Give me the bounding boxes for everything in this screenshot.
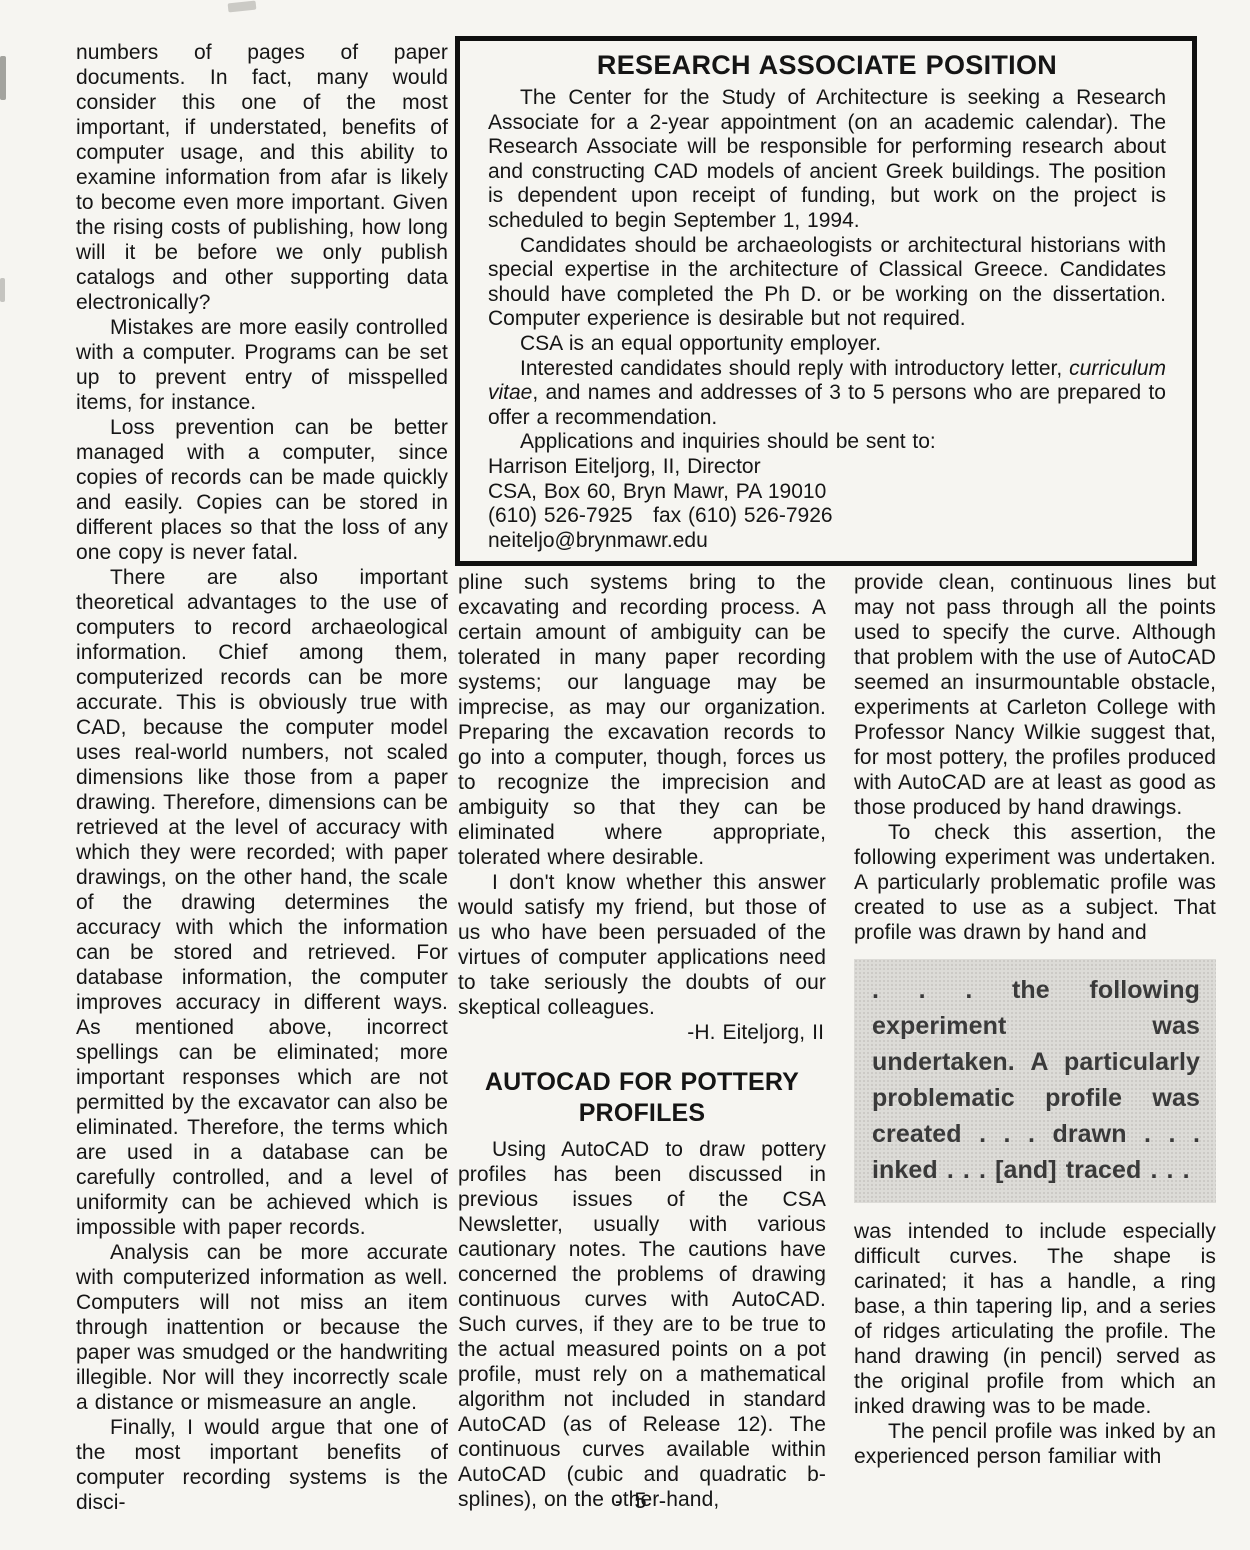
paragraph: The pencil profile was inked by an exper…: [854, 1419, 1216, 1469]
paragraph: was intended to include especially diffi…: [854, 1219, 1216, 1419]
paragraph: To check this assertion, the following e…: [854, 820, 1216, 945]
right-column: provide clean, continuous lines but may …: [854, 570, 1216, 1469]
paragraph-text: Interested candidates should reply with …: [520, 357, 1069, 380]
scan-artifact: [0, 278, 5, 302]
paragraph: Using AutoCAD to draw pottery profiles h…: [458, 1137, 826, 1512]
paragraph: The Center for the Study of Architecture…: [488, 86, 1166, 234]
paragraph: Candidates should be archaeologists or a…: [488, 234, 1166, 332]
page-number: - 5 -: [458, 1488, 826, 1514]
contact-address: CSA, Box 60, Bryn Mawr, PA 19010: [488, 480, 1166, 505]
paragraph: provide clean, continuous lines but may …: [854, 570, 1216, 820]
paragraph: Finally, I would argue that one of the m…: [76, 1415, 448, 1515]
paragraph: I don't know whether this answer would s…: [458, 870, 826, 1020]
contact-name: Harrison Eiteljorg, II, Director: [488, 455, 1166, 480]
paragraph: Interested candidates should reply with …: [488, 357, 1166, 431]
paragraph: Mistakes are more easily controlled with…: [76, 315, 448, 415]
scan-artifact: [228, 1, 257, 13]
pull-quote: . . . the following experiment was under…: [854, 959, 1216, 1203]
contact-email: neiteljo@brynmawr.edu: [488, 529, 1166, 554]
box-title: RESEARCH ASSOCIATE POSITION: [488, 48, 1166, 82]
paragraph: pline such systems bring to the excavati…: [458, 570, 826, 870]
scan-artifact: [0, 56, 6, 100]
paragraph: Analysis can be more accurate with compu…: [76, 1240, 448, 1415]
newsletter-page: RESEARCH ASSOCIATE POSITION The Center f…: [0, 0, 1250, 1550]
contact-phone-fax: (610) 526-7925 fax (610) 526-7926: [488, 504, 1166, 529]
author-signature: -H. Eiteljorg, II: [458, 1020, 826, 1045]
paragraph: Applications and inquiries should be sen…: [488, 430, 1166, 455]
middle-column: pline such systems bring to the excavati…: [458, 570, 826, 1512]
left-column: numbers of pages of paper documents. In …: [76, 40, 448, 1515]
research-position-box: RESEARCH ASSOCIATE POSITION The Center f…: [455, 36, 1197, 566]
paragraph: CSA is an equal opportunity employer.: [488, 332, 1166, 357]
paragraph: There are also important theoretical adv…: [76, 565, 448, 1240]
paragraph: numbers of pages of paper documents. In …: [76, 40, 448, 315]
paragraph: Loss prevention can be better managed wi…: [76, 415, 448, 565]
paragraph-text: , and names and addresses of 3 to 5 pers…: [488, 381, 1166, 429]
section-heading-autocad-for-pottery-profiles: AUTOCAD FOR POTTERY PROFILES: [458, 1067, 826, 1129]
